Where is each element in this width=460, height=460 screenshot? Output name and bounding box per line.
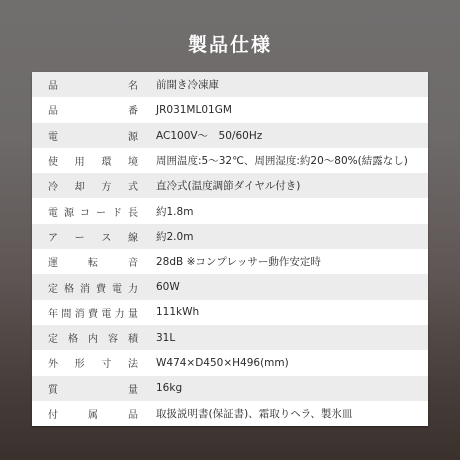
spec-label: 品番 [48,102,138,117]
spec-label: 冷却方式 [48,178,138,193]
spec-row: 運転音28dB ※コンプレッサー動作安定時 [32,249,428,274]
spec-row: 定格内容積31L [32,325,428,350]
spec-row: 外形寸法W474×D450×H496(mm) [32,350,428,375]
spec-label: 質量 [48,381,138,396]
spec-row: 電源コード長約1.8m [32,198,428,223]
spec-row: 品番JR031ML01GM [32,97,428,122]
spec-label: 外形寸法 [48,355,138,370]
spec-label: 定格消費電力 [48,280,138,295]
spec-label: 年間消費電力量 [48,305,138,320]
spec-label: 定格内容積 [48,330,138,345]
spec-value: 約2.0m [156,229,428,244]
spec-value: 60W [156,281,428,293]
spec-value: 直冷式(温度調節ダイヤル付き) [156,178,428,193]
spec-label: 付属品 [48,406,138,421]
spec-value: 前開き冷凍庫 [156,77,428,92]
spec-label: 運転音 [48,254,138,269]
spec-value: 取扱説明書(保証書)、霜取りヘラ、製氷皿 [156,406,428,421]
spec-value: 周囲温度:5～32℃、周囲湿度:約20～80%(結露なし) [156,153,428,168]
spec-label: アース線 [48,229,138,244]
spec-row: 年間消費電力量111kWh [32,300,428,325]
spec-label: 使用環境 [48,153,138,168]
spec-row: 使用環境周囲温度:5～32℃、周囲湿度:約20～80%(結露なし) [32,148,428,173]
spec-value: AC100V～ 50/60Hz [156,128,428,143]
spec-row: 品名前開き冷凍庫 [32,72,428,97]
spec-value: 111kWh [156,306,428,318]
spec-value: 16kg [156,382,428,394]
spec-row: 電源AC100V～ 50/60Hz [32,123,428,148]
spec-row: 冷却方式直冷式(温度調節ダイヤル付き) [32,173,428,198]
spec-value: 28dB ※コンプレッサー動作安定時 [156,254,428,269]
spec-row: 付属品取扱説明書(保証書)、霜取りヘラ、製氷皿 [32,401,428,426]
page-title: 製品仕様 [0,30,460,57]
spec-value: W474×D450×H496(mm) [156,357,428,369]
spec-row: 質量16kg [32,376,428,401]
spec-row: アース線約2.0m [32,224,428,249]
spec-label: 電源コード長 [48,204,138,219]
spec-label: 電源 [48,128,138,143]
spec-value: 31L [156,332,428,344]
spec-row: 定格消費電力60W [32,274,428,299]
spec-value: 約1.8m [156,204,428,219]
spec-table: 品名前開き冷凍庫品番JR031ML01GM電源AC100V～ 50/60Hz使用… [32,72,428,426]
spec-value: JR031ML01GM [156,104,428,116]
spec-label: 品名 [48,77,138,92]
